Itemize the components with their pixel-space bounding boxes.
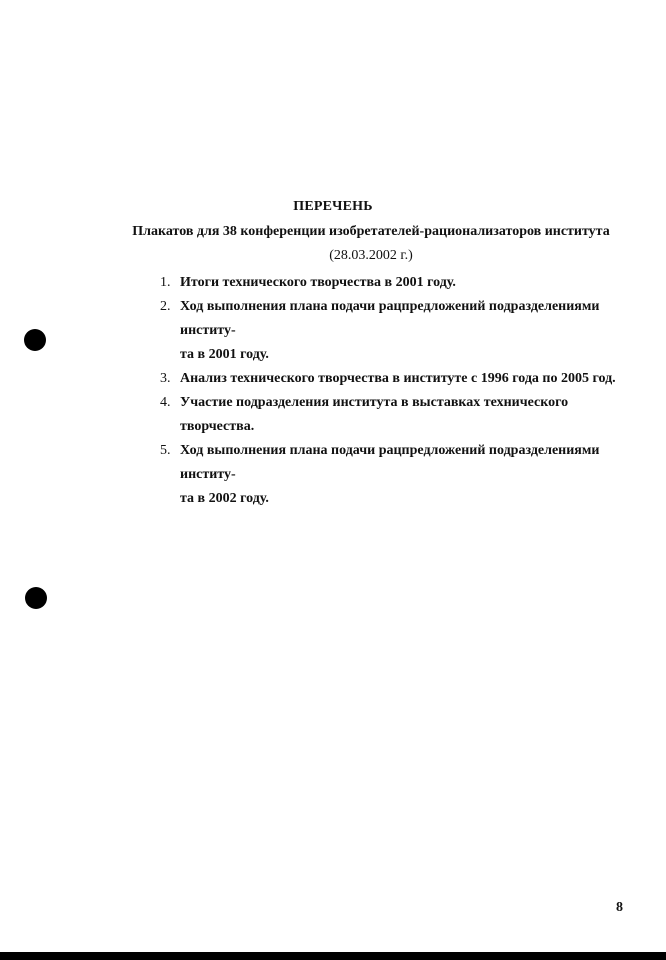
document-date: (28.03.2002 г.) [0, 248, 666, 264]
poster-list: 1. Итоги технического творчества в 2001 … [160, 271, 620, 511]
list-item-number: 1. [160, 271, 171, 295]
punch-hole-top [24, 329, 46, 351]
punch-hole-bottom [25, 587, 47, 609]
list-item: 4. Участие подразделения института в выс… [160, 391, 620, 439]
list-item: 5. Ход выполнения плана подачи рацпредло… [160, 439, 620, 511]
list-item-text-continued: та в 2002 году. [180, 487, 620, 511]
list-item-number: 5. [160, 439, 171, 463]
list-item: 2. Ход выполнения плана подачи рацпредло… [160, 295, 620, 367]
list-item-text: Ход выполнения плана подачи рацпредложен… [180, 295, 620, 343]
list-item-text: Итоги технического творчества в 2001 год… [180, 271, 620, 295]
list-item-text: Ход выполнения плана подачи рацпредложен… [180, 439, 620, 487]
list-item: 1. Итоги технического творчества в 2001 … [160, 271, 620, 295]
list-item-number: 2. [160, 295, 171, 319]
list-item-text: Участие подразделения института в выстав… [180, 391, 620, 439]
list-item-text-continued: та в 2001 году. [180, 343, 620, 367]
list-item-number: 4. [160, 391, 171, 415]
list-item: 3. Анализ технического творчества в инст… [160, 367, 620, 391]
page-number: 8 [616, 900, 623, 916]
document-subtitle: Плакатов для 38 конференции изобретателе… [0, 224, 666, 240]
list-item-number: 3. [160, 367, 171, 391]
list-item-text: Анализ технического творчества в институ… [180, 367, 620, 391]
scan-edge-bar [0, 952, 666, 960]
document-title: ПЕРЕЧЕНЬ [0, 199, 666, 215]
